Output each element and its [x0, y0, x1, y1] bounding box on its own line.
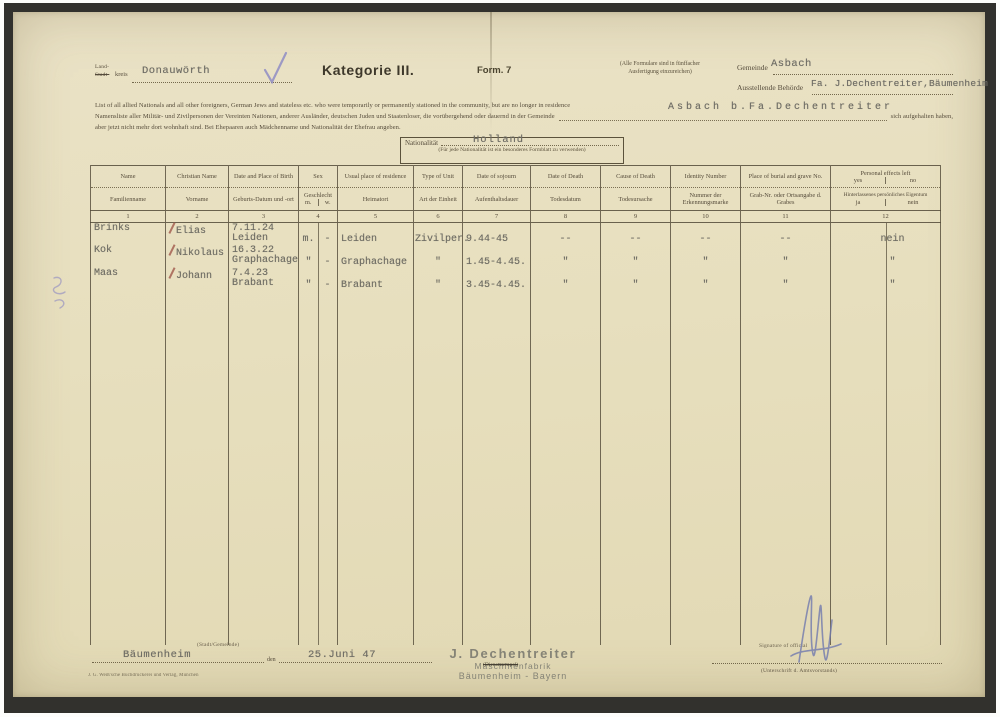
cell-grab: " [741, 245, 831, 268]
col-death-cause-en: Cause of Death [601, 166, 671, 188]
cell-familienname: Brinks [91, 223, 166, 246]
col-sex-en: Sex [299, 166, 338, 188]
cell-geburt: 7.11.24Leiden [229, 223, 299, 246]
cell-todesdatum: -- [531, 223, 601, 246]
stadt-label-struck: Stadt- [95, 72, 109, 78]
table-row: Brinks Elias 7.11.24Leiden m.- Leiden Zi… [91, 223, 941, 246]
red-check-mark [168, 246, 174, 255]
header-row-english: Name Christian Name Date and Place of Bi… [91, 166, 941, 188]
cell-geburt: 7.4.23Brabant [229, 268, 299, 291]
table-row: Maas Johann 7.4.23Brabant "- Brabant " 3… [91, 268, 941, 291]
cell-aufenthalt: 9.44-45 [463, 223, 531, 246]
registration-table: Name Christian Name Date and Place of Bi… [90, 165, 941, 645]
copies-note: (Alle Formulare sind in fünffacher Ausfe… [585, 61, 735, 76]
col-sojourn-de: Aufenthaltsdauer [463, 188, 531, 211]
gemeinde-value: Asbach [771, 58, 812, 70]
col-christian-name-en: Christian Name [166, 166, 229, 188]
header-row-numbers: 1 2 3 4 5 6 7 8 9 10 11 12 [91, 211, 941, 223]
cell-erkennungsmarke: " [671, 245, 741, 268]
behoerde-label: Ausstellende Behörde [737, 83, 803, 92]
col-sex-de: Geschlecht m. w. [299, 188, 338, 211]
cell-todesursache: -- [601, 223, 671, 246]
cell-geburt: 16.3.22Graphachage [229, 245, 299, 268]
cell-sex: "- [299, 245, 338, 268]
stamp-line-2: Maschinenfabrik (Dienststempel) [395, 661, 631, 671]
gemeinde-insert-value: Asbach b.Fa.Dechentreiter [668, 102, 893, 113]
printer-imprint: J. G. Weiß'sche Buchdruckerei und Verlag… [88, 673, 199, 678]
cell-heimatort: Graphachage [338, 245, 414, 268]
col-christian-name-de: Vorname [166, 188, 229, 211]
col-unit-en: Type of Unit [414, 166, 463, 188]
company-stamp: J. Dechentreiter Maschinenfabrik (Dienst… [395, 646, 631, 681]
land-label: Land- [95, 64, 109, 70]
col-birth-en: Date and Place of Birth [229, 166, 299, 188]
kreis-value: Donauwörth [142, 65, 210, 77]
col-identity-en: Identity Number [671, 166, 741, 188]
behoerde-value: Fa. J.Dechentreiter,Bäumenheim [811, 78, 988, 89]
cell-heimatort: Brabant [338, 268, 414, 291]
cell-eigentum: " [831, 268, 941, 291]
col-burial-de: Grab-Nr. oder Ortsangabe d. Grabes [741, 188, 831, 211]
cell-sex: "- [299, 268, 338, 291]
form-number: Form. 7 [477, 65, 511, 76]
intro-line-de2: aber jetzt nicht mehr dort wohnhaft sind… [95, 122, 953, 133]
sex-m-w: m. w. [299, 199, 337, 206]
table-row: Kok Nikolaus 16.3.22Graphachage "- Graph… [91, 245, 941, 268]
kreis-label: kreis [115, 71, 128, 78]
nationality-dotted-line [441, 145, 619, 146]
cell-familienname: Kok [91, 245, 166, 268]
red-check-mark [168, 269, 174, 278]
header-row-german: Familienname Vorname Geburts-Datum und -… [91, 188, 941, 211]
margin-pencil-scribble [46, 274, 76, 314]
place-date-line: den [92, 657, 432, 663]
col-effects-de: Hinterlassenes persönliches Eigentum ja … [831, 188, 941, 211]
col-identity-de: Nummer der Erkennungsmarke [671, 188, 741, 211]
nationality-label: Nationalität [405, 139, 438, 147]
effects-ja-nein: ja nein [831, 199, 940, 206]
cell-vorname: Nikolaus [166, 245, 229, 268]
gemeinde-label: Gemeinde [737, 63, 768, 72]
signature-scribble [785, 590, 855, 680]
den-label: den [267, 657, 276, 663]
cell-todesursache: " [601, 245, 671, 268]
effects-yes-no: yes no [831, 177, 940, 184]
cell-eigentum: " [831, 245, 941, 268]
stamp-field-note: (Dienststempel) [483, 662, 518, 668]
cell-todesursache: " [601, 268, 671, 291]
col-effects-en: Personal effects left yes no [831, 166, 941, 188]
col-death-date-en: Date of Death [531, 166, 601, 188]
cell-erkennungsmarke: " [671, 268, 741, 291]
cell-heimatort: Leiden [338, 223, 414, 246]
col-death-date-de: Todesdatum [531, 188, 601, 211]
place-field-note: (Stadt/Gemeinde) [197, 642, 239, 648]
cell-todesdatum: " [531, 245, 601, 268]
gemeinde-blank-line [559, 120, 887, 121]
behoerde-dotted-line [812, 93, 953, 95]
nationality-note: (Für jede Nationalität ist ein besondere… [405, 147, 619, 155]
cell-erkennungsmarke: -- [671, 223, 741, 246]
cell-vorname: Johann [166, 268, 229, 291]
cell-familienname: Maas [91, 268, 166, 291]
cell-eigentum: nein [831, 223, 941, 246]
stamp-line-3: Bäumenheim - Bayern [395, 671, 631, 681]
col-residence-de: Heimatort [338, 188, 414, 211]
col-name-de: Familienname [91, 188, 166, 211]
cell-todesdatum: " [531, 268, 601, 291]
col-name-en: Name [91, 166, 166, 188]
cell-grab: -- [741, 223, 831, 246]
gemeinde-dotted-line [773, 73, 953, 75]
cell-aufenthalt: 3.45-4.45. [463, 268, 531, 291]
cell-einheit: " [414, 245, 463, 268]
cell-grab: " [741, 268, 831, 291]
scanned-document-view: Land- Stadt- kreis Donauwörth Kategorie … [0, 0, 1000, 717]
col-residence-en: Usual place of residence [338, 166, 414, 188]
col-sojourn-en: Date of sojourn [463, 166, 531, 188]
red-check-mark [168, 224, 174, 233]
form-title: Kategorie III. [322, 62, 414, 78]
col-death-cause-de: Todesursache [601, 188, 671, 211]
col-burial-en: Place of burial and grave No. [741, 166, 831, 188]
nationality-value: Holland [473, 134, 524, 146]
cell-vorname: Elias [166, 223, 229, 246]
cell-einheit: Zivilper. [414, 223, 463, 246]
pencil-check-mark [259, 50, 291, 88]
cell-aufenthalt: 1.45-4.45. [463, 245, 531, 268]
form-paper: Land- Stadt- kreis Donauwörth Kategorie … [13, 12, 985, 697]
cell-sex: m.- [299, 223, 338, 246]
col-birth-de: Geburts-Datum und -ort [229, 188, 299, 211]
col-unit-de: Art der Einheit [414, 188, 463, 211]
cell-einheit: " [414, 268, 463, 291]
stamp-line-1: J. Dechentreiter [395, 646, 631, 661]
